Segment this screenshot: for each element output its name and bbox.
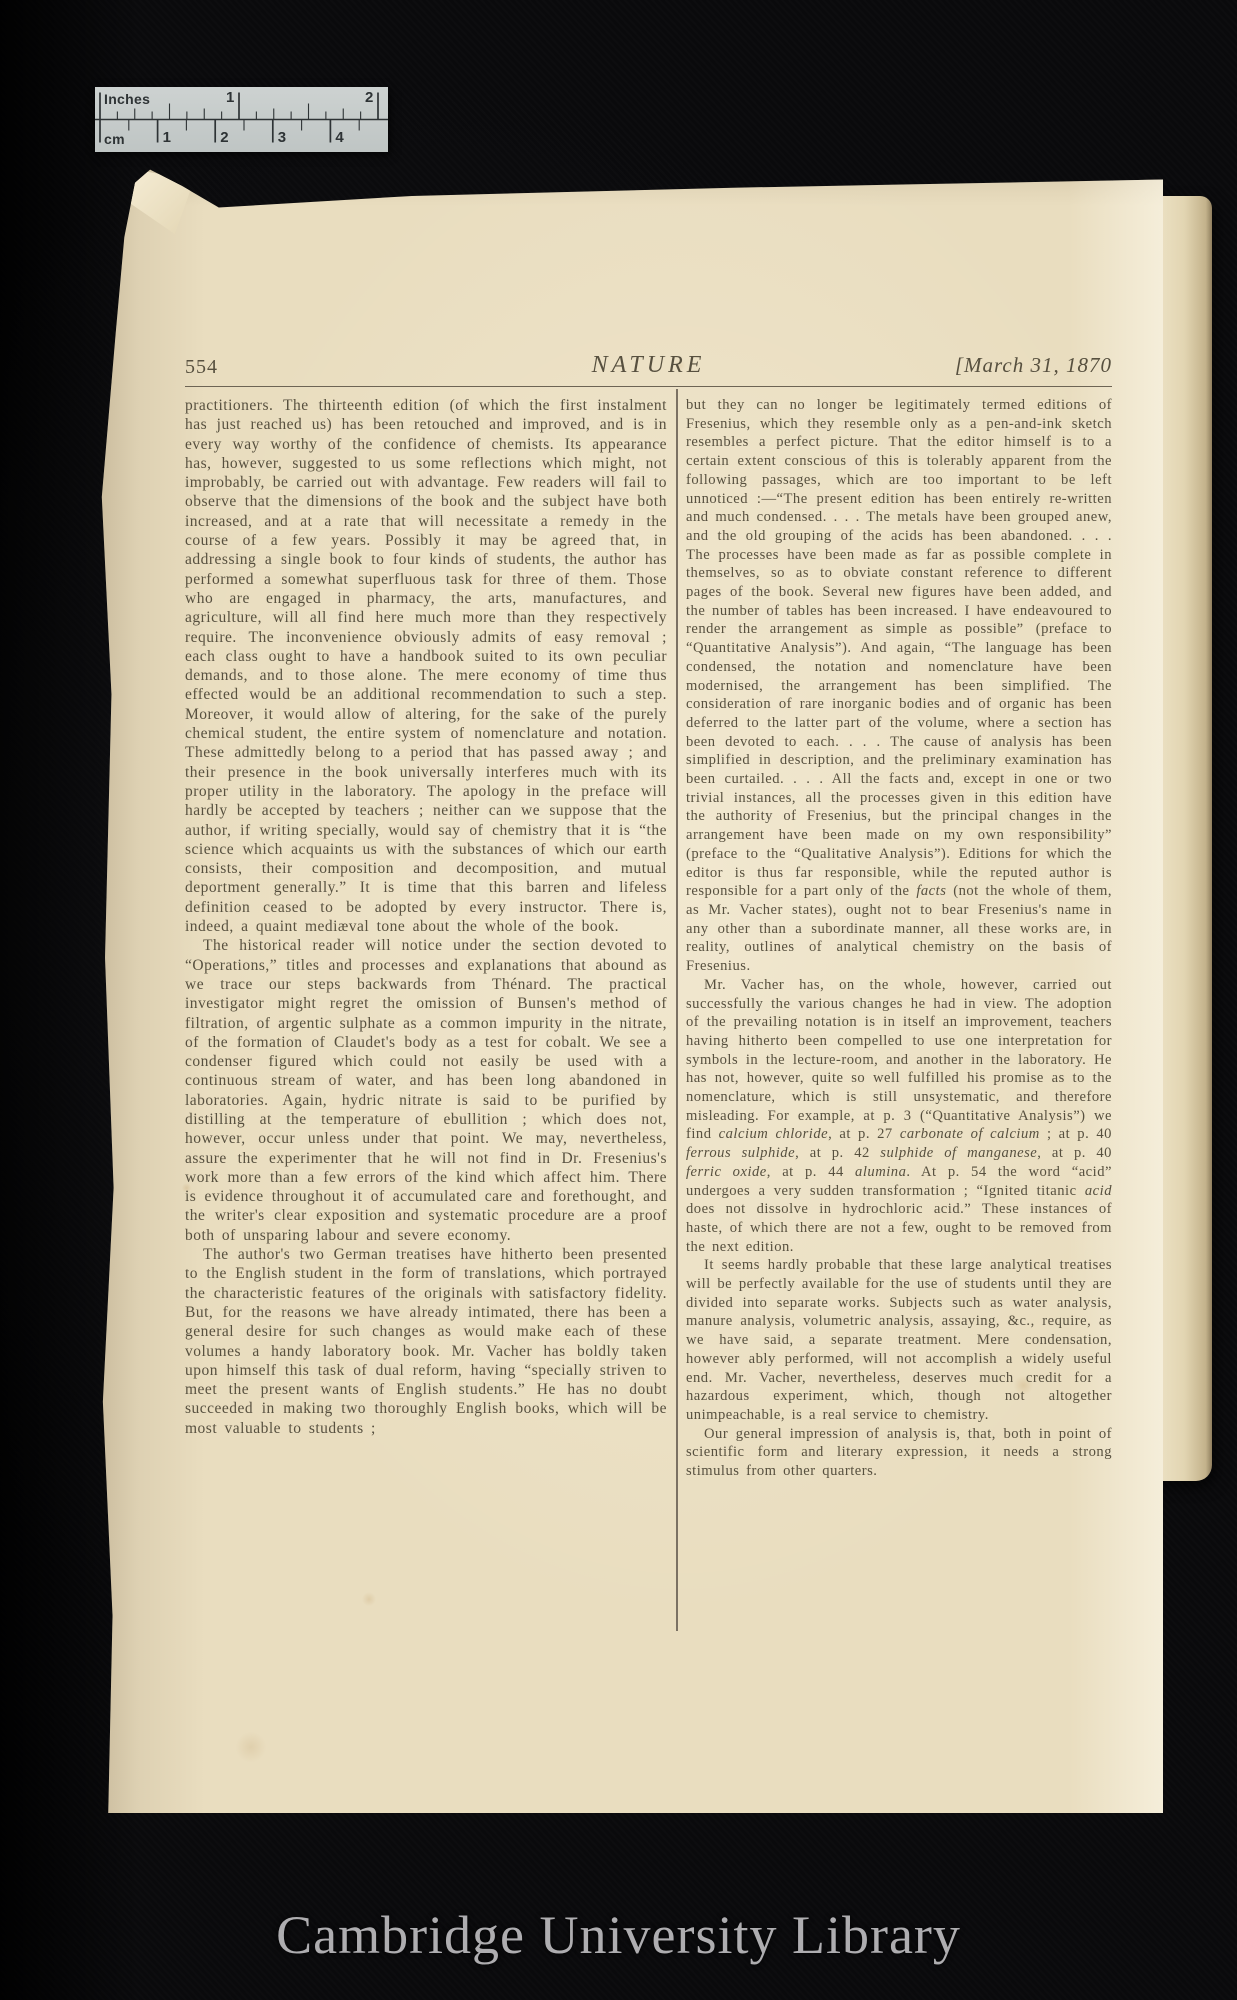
text-run: It seems hardly probable that these larg… (686, 1257, 1112, 1423)
ruler-cm-number: 4 (335, 129, 343, 146)
issue-date: [March 31, 1870 (955, 353, 1112, 378)
header-rule (185, 386, 1112, 390)
ruler: Inches cm 12 12345 (95, 87, 388, 152)
page: 554 NATURE [March 31, 1870 practitioners… (90, 168, 1163, 1813)
italic-run: facts (916, 883, 946, 899)
ruler-inch-number: 2 (365, 89, 373, 106)
text-run: The author's two German treatises have h… (185, 1246, 667, 1437)
paragraph: The historical reader will notice under … (185, 936, 667, 1245)
page-header: 554 NATURE [March 31, 1870 (185, 352, 1112, 382)
italic-run: sulphide of manganese (880, 1145, 1037, 1161)
paragraph: Mr. Vacher has, on the whole, however, c… (686, 976, 1112, 1257)
italic-run: alumina (855, 1164, 906, 1180)
text-run: Our general impression of analysis is, t… (686, 1426, 1112, 1479)
italic-run: acid (1085, 1183, 1112, 1199)
text-column-left: practitioners. The thirteenth edition (o… (185, 396, 667, 1438)
text-run: does not dissolve in hydrochloric acid.”… (686, 1201, 1112, 1254)
ruler-inch-number: 1 (226, 89, 234, 106)
text-run: ; at p. 40 (1040, 1126, 1112, 1142)
ruler-cm-number: 3 (278, 129, 286, 146)
paragraph: It seems hardly probable that these larg… (686, 1256, 1112, 1424)
paragraph: practitioners. The thirteenth edition (o… (185, 396, 667, 936)
italic-run: ferrous sulphide (686, 1145, 795, 1161)
ruler-cm-number: 2 (220, 129, 228, 146)
text-run: , at p. 42 (795, 1145, 880, 1161)
text-column-right: but they can no longer be legitimately t… (686, 396, 1112, 1481)
text-run: , at p. 27 (828, 1126, 900, 1142)
text-run: The historical reader will notice under … (185, 937, 667, 1243)
watermark-caption: Cambridge University Library (0, 1904, 1237, 1966)
scan-background: Inches cm 12 12345 554 NATURE [March 31,… (0, 0, 1237, 2000)
paragraph: Our general impression of analysis is, t… (686, 1425, 1112, 1481)
ruler-cm-number: 1 (163, 129, 171, 146)
italic-run: ferric oxide (686, 1164, 767, 1180)
paragraph: The author's two German treatises have h… (185, 1245, 667, 1438)
text-run: , at p. 44 (767, 1164, 855, 1180)
italic-run: carbonate of calcium (900, 1126, 1040, 1142)
ruler-inches-label: Inches (104, 91, 150, 107)
ruler-cm-label: cm (104, 131, 125, 147)
column-divider (676, 389, 678, 1631)
text-run: practitioners. The thirteenth edition (o… (185, 397, 667, 935)
text-run: Mr. Vacher has, on the whole, however, c… (686, 977, 1112, 1143)
text-run: , at p. 40 (1037, 1145, 1112, 1161)
text-run: but they can no longer be legitimately t… (686, 397, 1112, 899)
italic-run: calcium chloride (719, 1126, 828, 1142)
paragraph: but they can no longer be legitimately t… (686, 396, 1112, 976)
page-corner-fold (130, 170, 194, 234)
